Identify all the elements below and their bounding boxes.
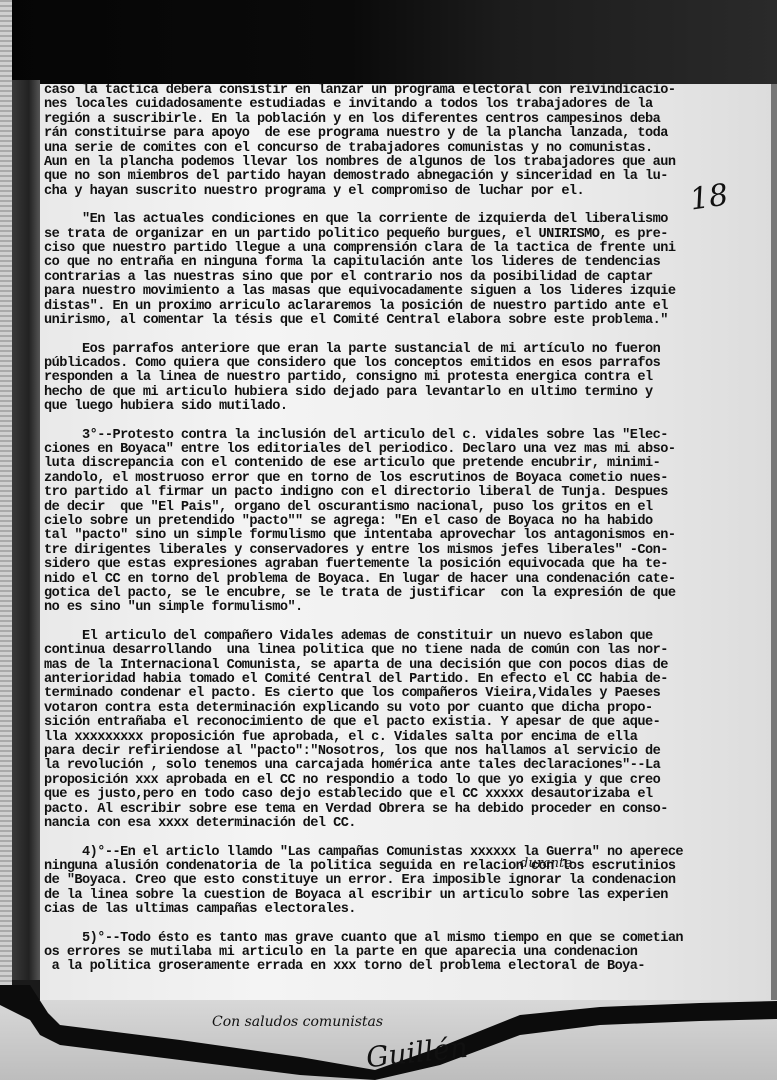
text-line: 4)°--En el articlo llamdo "Las campañas … (44, 846, 772, 860)
text-line: "En las actuales condiciones en que la c… (44, 213, 772, 227)
paragraph: 5)°--Todo ésto es tanto mas grave cuanto… (44, 932, 772, 975)
text-line: responden a la linea de nuestro partido,… (44, 371, 772, 385)
text-line: de "Boyaca. Creo que esto constituye un … (44, 874, 772, 888)
paragraph: El articulo del compañero Vidales ademas… (44, 630, 772, 832)
text-line: cha y hayan suscrito nuestro programa y … (44, 185, 772, 199)
text-line: Eos parrafos anteriore que eran la parte… (44, 343, 772, 357)
scan-top-shadow (0, 0, 777, 88)
text-line: cielo sobre un pretendido "pacto"" se ag… (44, 515, 772, 529)
text-line: continua desarrollando una linea politic… (44, 644, 772, 658)
text-line: ciso que nuestro partido llegue a una co… (44, 242, 772, 256)
text-line: votaron contra esta determinación explic… (44, 702, 772, 716)
text-line: distas". En un proximo arriculo aclarare… (44, 300, 772, 314)
scan-left-shadow (12, 80, 40, 980)
text-line: tal "pacto" sino un simple formulismo qu… (44, 529, 772, 543)
paragraph: 4)°--En el articlo llamdo "Las campañas … (44, 846, 772, 918)
paragraph: Eos parrafos anteriore que eran la parte… (44, 343, 772, 415)
handwritten-page-number: 18 (688, 178, 731, 218)
text-line: 3°--Protesto contra la inclusión del art… (44, 429, 772, 443)
text-line: cias de las ultimas campañas electorales… (44, 903, 772, 917)
paragraph: caso la tactica debera consistir en lanz… (44, 84, 772, 199)
text-line: gotica del pacto, se le encubre, se le t… (44, 587, 772, 601)
text-line: luta discrepancia con el contenido de es… (44, 457, 772, 471)
text-line: mas de la Internacional Comunista, se ap… (44, 659, 772, 673)
text-line: hecho de que mi articulo hubiera sido de… (44, 386, 772, 400)
handwritten-insert: durante (520, 856, 572, 871)
text-line: Aun en la plancha podemos llevar los nom… (44, 156, 772, 170)
text-line: de la linea sobre la cuestion de Boyaca … (44, 889, 772, 903)
text-line: región a suscribirle. En la población y … (44, 113, 772, 127)
text-line: a la politica groseramente errada en xxx… (44, 960, 772, 974)
text-line: que luego hubiera sido mutilado. (44, 400, 772, 414)
text-line: unirismo, al comentar la tésis que el Co… (44, 314, 772, 328)
text-line: se trata de organizar en un partido poli… (44, 228, 772, 242)
text-line: nido el CC en torno del problema de Boya… (44, 573, 772, 587)
scan-left-edge (0, 0, 12, 1080)
text-line: para decir refiriendose al "pacto":"Noso… (44, 745, 772, 759)
text-line: tre dirigentes liberales y conservadores… (44, 544, 772, 558)
text-line: nancia con esa xxxx determinación del CC… (44, 817, 772, 831)
text-line: sidero que estas expresiones agraban fue… (44, 558, 772, 572)
paragraph: 3°--Protesto contra la inclusión del art… (44, 429, 772, 616)
text-line: nes locales cuidadosamente estudiadas e … (44, 98, 772, 112)
text-line: 5)°--Todo ésto es tanto mas grave cuanto… (44, 932, 772, 946)
text-line: ninguna alusión condenatoria de la polit… (44, 860, 772, 874)
text-line: El articulo del compañero Vidales ademas… (44, 630, 772, 644)
document-body: caso la tactica debera consistir en lanz… (44, 84, 772, 989)
text-line: co que no entraña en ninguna forma la ca… (44, 256, 772, 270)
text-line: proposición xxx aprobada en el CC no res… (44, 774, 772, 788)
text-line: la revolución , solo tenemos una carcaja… (44, 759, 772, 773)
text-line: públicados. Como quiera que considero qu… (44, 357, 772, 371)
text-line: caso la tactica debera consistir en lanz… (44, 84, 772, 98)
text-line: rán constituirse para apoyo de ese progr… (44, 127, 772, 141)
text-line: no es sino "un simple formulismo". (44, 601, 772, 615)
text-line: tro partido al firmar un pacto indigno c… (44, 486, 772, 500)
handwritten-closing: Con saludos comunistas (212, 1014, 383, 1030)
text-line: zandolo, el mostruoso error que en torno… (44, 472, 772, 486)
paragraph: "En las actuales condiciones en que la c… (44, 213, 772, 328)
text-line: una serie de comites con el concurso de … (44, 142, 772, 156)
text-line: terminado condenar el pacto. Es cierto q… (44, 687, 772, 701)
text-line: anterioridad habia tomado el Comité Cent… (44, 673, 772, 687)
text-line: contrarias a las nuestras sino que por e… (44, 271, 772, 285)
text-line: sición entrañaba el reconocimiento de qu… (44, 716, 772, 730)
text-line: que no son miembros del partido hayan de… (44, 170, 772, 184)
text-line: os errores se mutilaba mi articulo en la… (44, 946, 772, 960)
text-line: para nuestro movimiento a las masas que … (44, 285, 772, 299)
text-line: lla xxxxxxxxx proposición fue aprobada, … (44, 731, 772, 745)
text-line: que es justo,pero en todo caso dejo esta… (44, 788, 772, 802)
text-line: de decir que "El Pais", organo del oscur… (44, 501, 772, 515)
text-line: pacto. Al escribir sobre ese tema en Ver… (44, 803, 772, 817)
text-line: ciones en Boyaca" entre los editoriales … (44, 443, 772, 457)
